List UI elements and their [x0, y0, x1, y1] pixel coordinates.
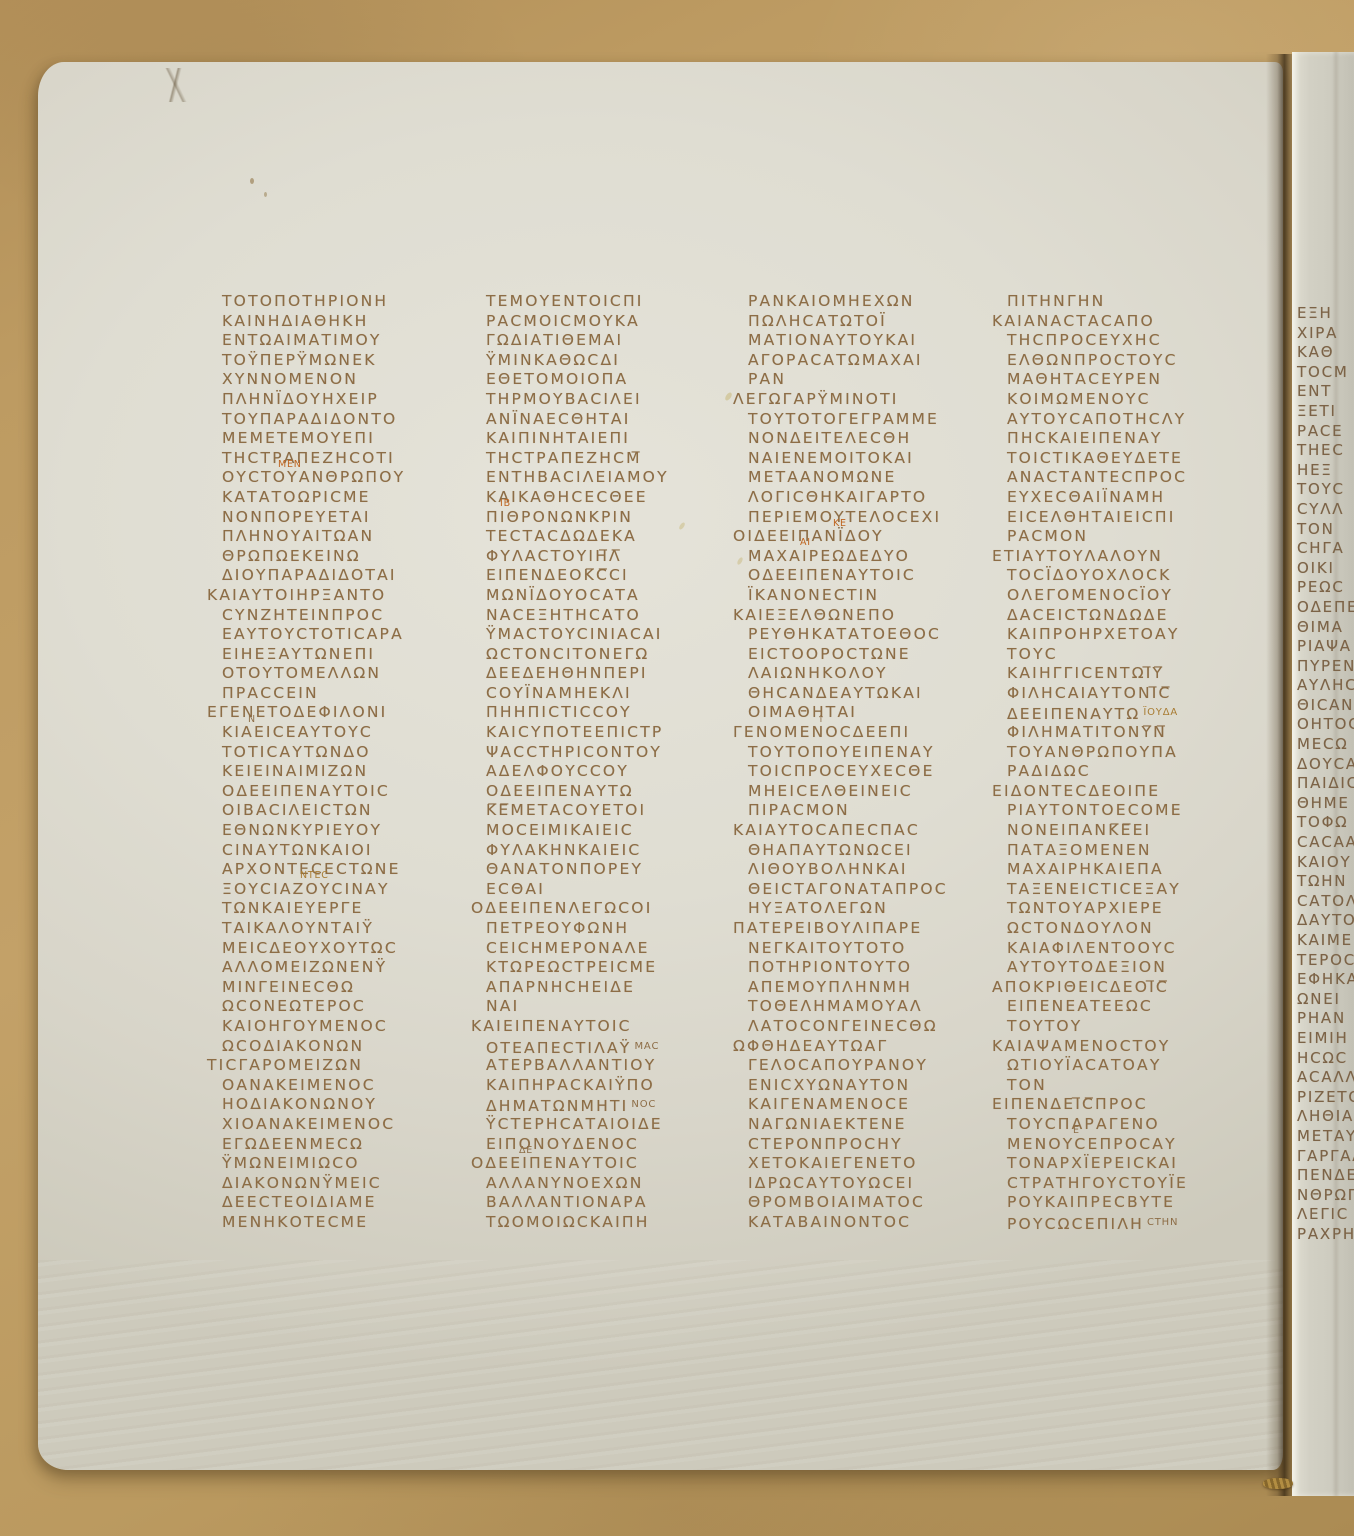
- text-line: ΚΑΙΠΙΝΗΤΑΙΕΠΙ: [486, 429, 738, 449]
- text-line: ΜΟϹΕΙΜΙΚΑΙΕΙϹ: [486, 821, 738, 841]
- interlinear-correction: ΚΕ: [833, 519, 847, 529]
- interlinear-correction: Ε: [1073, 1126, 1080, 1136]
- text-line: ϹΑϹΑΑ: [1297, 833, 1354, 853]
- text-line: ΔΙΟΥΠΑΡΑΔΙΔΟΤΑΙ: [222, 566, 474, 586]
- binding-gutter-shadow: [1266, 54, 1294, 1496]
- ink-speck: [250, 178, 254, 184]
- text-line: ΡΟΥΚΑΙΠΡΕϹΒΥΤΕ: [1007, 1193, 1259, 1213]
- text-line: ΤΟΥϹΠΑΡΑΓΕΝΟ: [1007, 1115, 1259, 1135]
- text-line: ΔΗΜΑΤΩΝΜΗΤΙΝΟϹ: [486, 1095, 738, 1115]
- interlinear-correction: ΝΤΕϹ: [300, 871, 329, 881]
- text-line: ΜΩΝΪΔΟΥΟϹΑΤΑ: [486, 586, 738, 606]
- text-line: ΑΥΤΟΥϹΑΠΟΤΗϹΛΥ: [1007, 410, 1259, 430]
- text-line: ΜΕΤΑΥΤ: [1297, 1127, 1354, 1147]
- text-line: ΤΑΞΕΝΕΙϹΤΙϹΕΞΑΥ: [1007, 880, 1259, 900]
- text-line: ΡΙΖΕΤΟΛ: [1297, 1088, 1354, 1108]
- text-line: ΤΟΝ: [1297, 520, 1354, 540]
- text-line: ΝΘΡΩΠ: [1297, 1186, 1354, 1206]
- text-column-2: ΤΕΜΟΥΕΝΤΟΙϹΠΙΡΑϹΜΟΙϹΜΟΥΚΑΓΩΔΙΑΤΙΘΕΜΑΙΫΜΙ…: [486, 292, 738, 1233]
- text-line: ΤΙϹΓΑΡΟΜΕΙΖΩΝ: [207, 1056, 474, 1076]
- text-line: ΚΑΘ: [1297, 343, 1354, 363]
- text-line: ΩϹΟΝΕΩΤΕΡΟϹ: [222, 997, 474, 1017]
- text-line: ΠΛΗΝΪΔΟΥΗΧΕΙΡ: [222, 390, 474, 410]
- text-line: ΠΥΡΕΝ: [1297, 657, 1354, 677]
- text-line: ΘΡΟΜΒΟΙΑΙΜΑΤΟϹ: [748, 1193, 1000, 1213]
- text-line: ΠΑΤΑΞΟΜΕΝΕΝ: [1007, 841, 1259, 861]
- text-line: ΜΕΜΕΤΕΜΟΥΕΠΙ: [222, 429, 474, 449]
- text-line: ΞΟΥϹΙΑΖΟΥϹΙΝΑΥΝΤΕϹ: [222, 880, 474, 900]
- text-line: ΗΟΔΙΑΚΟΝΩΝΟΥ: [222, 1095, 474, 1115]
- text-line: ΝΟΝΔΕΙΤΕΛΕϹΘΗ: [748, 429, 1000, 449]
- text-line: ΒΑΛΛΑΝΤΙΟΝΑΡΑ: [486, 1193, 738, 1213]
- text-line: ΡΕΩϹ: [1297, 578, 1354, 598]
- text-line: ΕΘΝΩΝΚΥΡΙΕΥΟΥ: [222, 821, 474, 841]
- text-line: ΧΥΝΝΟΜΕΝΟΝ: [222, 370, 474, 390]
- text-line: ΜΙΝΓΕΙΝΕϹΘΩ: [222, 978, 474, 998]
- text-line: ΕΙΜΙΗ: [1297, 1029, 1354, 1049]
- text-line: ΓΩΔΙΑΤΙΘΕΜΑΙ: [486, 331, 738, 351]
- text-line: ΜΕϹΩ: [1297, 735, 1354, 755]
- text-line: ΝΑΙ: [486, 997, 738, 1017]
- text-line: ΡΗΑΝ: [1297, 1009, 1354, 1029]
- text-line: ΧΕΤΟΚΑΙΕΓΕΝΕΤΟ: [748, 1154, 1000, 1174]
- text-line: ϹΕΙϹΗΜΕΡΟΝΑΛΕ: [486, 939, 738, 959]
- text-line: ΓΕΝΟΜΕΝΟϹΔΕΕΠΙ↑: [733, 723, 1000, 743]
- text-line: ΚΑΙΜΕ: [1297, 931, 1354, 951]
- text-line: ΤΗϹΠΡΟϹΕΥΧΗϹ: [1007, 331, 1259, 351]
- text-line: ΩΦΘΗΔΕΑΥΤΩΑΓ: [733, 1037, 1000, 1057]
- text-line: ΚΟΙΜΩΜΕΝΟΥϹ: [1007, 390, 1259, 410]
- text-line: ΚΑΙΕΙΠΕΝΑΥΤΟΙϹ: [471, 1017, 738, 1037]
- text-line: ΘΑΝΑΤΟΝΠΟΡΕΥ: [486, 860, 738, 880]
- text-line: ΧΙΟΑΝΑΚΕΙΜΕΝΟϹ: [222, 1115, 474, 1135]
- text-line: ΑΛΛΟΜΕΙΖΩΝΕΝΫ: [222, 958, 474, 978]
- text-line: ΤΗΡΜΟΥΒΑϹΙΛΕΙ: [486, 390, 738, 410]
- text-line: ΑΔΕΛΦΟΥϹϹΟΥ: [486, 762, 738, 782]
- text-line: ΠΕΡΙΕΜΟΥΤΕΛΟϹΕΧΙ: [748, 508, 1000, 528]
- text-line: ΕΙϹΕΛΘΗΤΑΙΕΙϹΠΙ: [1007, 508, 1259, 528]
- text-line: ΔΕΕΔΕΗΘΗΝΠΕΡΙ: [486, 664, 738, 684]
- text-line: ΤΟΥΑΝΘΡΩΠΟΥΠΑ: [1007, 743, 1259, 763]
- text-line: ϹΤΡΑΤΗΓΟΥϹΤΟΥΪΕ: [1007, 1174, 1259, 1194]
- text-line: ΠΗϹΚΑΙΕΙΠΕΝΑΥ: [1007, 429, 1259, 449]
- text-line: ΟΔΕΕΙΠΕΝΑΥΤΩ: [486, 782, 738, 802]
- text-line: ΤΟΝ: [1007, 1076, 1259, 1096]
- text-line: ΚΑΙΑΥΤΟϹΑΠΕϹΠΑϹ: [733, 821, 1000, 841]
- text-column-next-folio: ΕΞΗΧΙΡΑΚΑΘΤΟϹΜΕΝΤΞΕΤΙΡΑϹΕΤΗΕϹΗΕΞΤΟΥϹϹΥΛΛ…: [1297, 304, 1354, 1245]
- text-line: ΟΔΕΕΙΠΕΝΑΥΤΟΙϹΔΕ: [471, 1154, 738, 1174]
- text-line: ΜΕΙϹΔΕΟΥΧΟΥΤΩϹ: [222, 939, 474, 959]
- manuscript-next-folio-edge: ΕΞΗΧΙΡΑΚΑΘΤΟϹΜΕΝΤΞΕΤΙΡΑϹΕΤΗΕϹΗΕΞΤΟΥϹϹΥΛΛ…: [1292, 52, 1354, 1496]
- text-line: ΑΥΛΗϹ: [1297, 676, 1354, 696]
- text-line: ΕΙΠΕΝΔΕΙ̅Ϲ̅ΠΡΟϹ: [992, 1095, 1259, 1115]
- interlinear-correction: ΪΟΥΔΑ: [1143, 707, 1178, 718]
- text-line: ΘΙϹΑΝ: [1297, 696, 1354, 716]
- interlinear-correction: ↑: [817, 715, 826, 725]
- text-line: ΑΥΤΟΥΤΟΔΕΞΙΟΝ: [1007, 958, 1259, 978]
- text-line: ΪΚΑΝΟΝΕϹΤΙΝ: [748, 586, 1000, 606]
- text-line: ΠΑΙΔΙϹ: [1297, 774, 1354, 794]
- text-line: ΟΤΕΑΠΕϹΤΙΛΑΫΜΑϹ: [486, 1037, 738, 1057]
- text-line: ΑΓΟΡΑϹΑΤΩΜΑΧΑΙ: [748, 351, 1000, 371]
- text-line: ΠΛΗΝΟΥΑΙΤΩΑΝ: [222, 527, 474, 547]
- text-line: ΚΑΤΑΤΟΩΡΙϹΜΕ: [222, 488, 474, 508]
- text-line: ΜΑΘΗΤΑϹΕΥΡΕΝ: [1007, 370, 1259, 390]
- text-line: ΕΑΥΤΟΥϹΤΟΤΙϹΑΡΑ: [222, 625, 474, 645]
- text-line: ΕΝΙϹΧΥΩΝΑΥΤΟΝ: [748, 1076, 1000, 1096]
- text-line: ΤΟΙϹΠΡΟϹΕΥΧΕϹΘΕ: [748, 762, 1000, 782]
- text-line: ΓΕΛΟϹΑΠΟΥΡΑΝΟΥ: [748, 1056, 1000, 1076]
- text-line: ΚΑΙϹΥΠΟΤΕΕΠΙϹΤΡ: [486, 723, 738, 743]
- text-column-1: ΤΟΤΟΠΟΤΗΡΙΟΝΗΚΑΙΝΗΔΙΑΘΗΚΗΕΝΤΩΑΙΜΑΤΙΜΟΥΤΟ…: [222, 292, 474, 1233]
- text-line: ΤΟΦΩ: [1297, 813, 1354, 833]
- text-line: ΟΗΤΟϹ: [1297, 715, 1354, 735]
- text-line: ΠΙΤΗΝΓΗΝ: [1007, 292, 1259, 312]
- text-line: ΤΩΟΜΟΙΩϹΚΑΙΠΗ: [486, 1213, 738, 1233]
- text-line: ΔΟΥϹΑ: [1297, 755, 1354, 775]
- text-line: ΦΙΛΗϹΑΙΑΥΤΟΝΙ̅Ϲ̅: [1007, 684, 1259, 704]
- text-line: ΑΠΟΚΡΙΘΕΙϹΔΕΟΙ̅Ϲ̅: [992, 978, 1259, 998]
- text-line: ΛΕΓΙϹ: [1297, 1205, 1354, 1225]
- text-line: ΤΩΝΤΟΥΑΡΧΙΕΡΕ: [1007, 899, 1259, 919]
- text-line: ΟΙΒΑϹΙΛΕΙϹΤΩΝ: [222, 801, 474, 821]
- text-line: ΛΑΙΩΝΗΚΟΛΟΥ: [748, 664, 1000, 684]
- text-line: ΟΛΕΓΟΜΕΝΟϹΪΟΥ: [1007, 586, 1259, 606]
- text-line: ΤΕϹΤΑϹΔΩΔΕΚΑ: [486, 527, 738, 547]
- text-line: ΑΤΕΡΒΑΛΛΑΝΤΙΟΥ: [486, 1056, 738, 1076]
- text-line: ΑΝΑϹΤΑΝΤΕϹΠΡΟϹ: [1007, 468, 1259, 488]
- interlinear-correction: ΑΙ: [800, 538, 811, 548]
- text-line: ΤΟΘΕΛΗΜΑΜΟΥΑΛ: [748, 997, 1000, 1017]
- text-line: ΚΙΑΕΙϹΕΑΥΤΟΥϹΝ: [222, 723, 474, 743]
- text-line: ΤΩΗΝ: [1297, 872, 1354, 892]
- text-line: ΤΟΫΠΕΡΫΜΩΝΕΚ: [222, 351, 474, 371]
- text-line: ΕΙΗΕΞΑΥΤΩΝΕΠΙ: [222, 645, 474, 665]
- text-line: ΜΕΤΑΑΝΟΜΩΝΕ: [748, 468, 1000, 488]
- text-line: ΚΑΙΗΓΓΙϹΕΝΤΩΙ̅Υ̅: [1007, 664, 1259, 684]
- text-line: ΛΑΤΟϹΟΝΓΕΙΝΕϹΘΩ: [748, 1017, 1000, 1037]
- text-line: ϹΥΝΖΗΤΕΙΝΠΡΟϹ: [222, 606, 474, 626]
- text-line: ΟΤΟΥΤΟΜΕΛΛΩΝ: [222, 664, 474, 684]
- text-line: ΠΕΝΔΕΟ: [1297, 1166, 1354, 1186]
- text-line: ΤΗΕϹ: [1297, 441, 1354, 461]
- text-line: ΤΟΙϹΤΙΚΑΘΕΥΔΕΤΕ: [1007, 449, 1259, 469]
- text-line: ΟΔΕΕΙΠΕΝΛΕΓΩϹΟΙ: [471, 899, 738, 919]
- text-line: ΚΑΙΚΑΘΗϹΕϹΘΕΕ: [486, 488, 738, 508]
- text-line: ΡΙΑΨΑ: [1297, 637, 1354, 657]
- text-line: ΜΑΧΑΙΡΗΚΑΙΕΠΑ: [1007, 860, 1259, 880]
- text-line: ΡΑϹΜΟΙϹΜΟΥΚΑ: [486, 312, 738, 332]
- text-line: ΟΥϹΤΟΥΑΝΘΡΩΠΟΥΜΕΝ: [222, 468, 474, 488]
- text-line: ΤΟΥΤΟΠΟΥΕΙΠΕΝΑΥ: [748, 743, 1000, 763]
- text-line: ΕΝΤΗΒΑϹΙΛΕΙΑΜΟΥ: [486, 468, 738, 488]
- text-line: ΑΠΕΜΟΥΠΛΗΝΜΗ: [748, 978, 1000, 998]
- text-line: ΟΔΕΕΙΠΕΝΑΥΤΟΙϹ: [748, 566, 1000, 586]
- text-line: ΘΗΑΠΑΥΤΩΝΩϹΕΙ: [748, 841, 1000, 861]
- text-line: ΗΥΞΑΤΟΛΕΓΩΝ: [748, 899, 1000, 919]
- text-line: ΩϹΤΟΝϹΙΤΟΝΕΓΩ: [486, 645, 738, 665]
- binding-stitching: [1263, 1478, 1293, 1489]
- text-line: ΕΛΘΩΝΠΡΟϹΤΟΥϹ: [1007, 351, 1259, 371]
- text-line: ΚΑΙΑΨΑΜΕΝΟϹΤΟΥ: [992, 1037, 1259, 1057]
- text-line: ΠΑΤΕΡΕΙΒΟΥΛΙΠΑΡΕ: [733, 919, 1000, 939]
- text-line: ϹΙΝΑΥΤΩΝΚΑΙΟΙ: [222, 841, 474, 861]
- text-line: ΫΜΙΝΚΑΘΩϹΔΙ: [486, 351, 738, 371]
- text-line: ΙΔΡΩϹΑΥΤΟΥΩϹΕΙ: [748, 1174, 1000, 1194]
- text-line: ΡΑΔΙΔΩϹ: [1007, 762, 1259, 782]
- text-line: ΔΕΕϹΤΕΟΙΔΙΑΜΕ: [222, 1193, 474, 1213]
- interlinear-correction: ΜΑϹ: [634, 1041, 659, 1052]
- text-line: ΤΩΝΚΑΙΕΥΕΡΓΕ: [222, 899, 474, 919]
- text-line: ΟΙΜΑΘΗΤΑΙ: [748, 703, 1000, 723]
- text-line: ΘΕΙϹΤΑΓΟΝΑΤΑΠΡΟϹ: [748, 880, 1000, 900]
- text-line: ΤΟΥϹ: [1297, 480, 1354, 500]
- text-line: ΑϹΑΛΛΟ: [1297, 1068, 1354, 1088]
- interlinear-correction: ϹΤΗΝ: [1147, 1217, 1178, 1228]
- text-line: ΕΤΙΑΥΤΟΥΛΑΛΟΥΝ: [992, 547, 1259, 567]
- text-line: ΚΑΙΑΥΤΟΙΗΡΞΑΝΤΟ: [207, 586, 474, 606]
- text-line: ΜΑΧΑΙΡΕΩΔΕΔΥΟΑΙ: [748, 547, 1000, 567]
- text-line: ΞΕΤΙ: [1297, 402, 1354, 422]
- text-line: ΤΕΡΟϹΙ: [1297, 951, 1354, 971]
- text-line: ΕΙΠΕΝΔΕΟΚ̅Ϲ̅ϹΙ: [486, 566, 738, 586]
- interlinear-correction: ΜΕΝ: [278, 460, 302, 470]
- text-line: ϹΤΕΡΟΝΠΡΟϹΗΥ: [748, 1135, 1000, 1155]
- text-line: ΔΕΕΙΠΕΝΑΥΤΩΪΟΥΔΑ: [1007, 703, 1259, 723]
- text-line: ΘΙΜΑ: [1297, 618, 1354, 638]
- text-line: ΑΠΑΡΝΗϹΗΕΙΔΕ: [486, 978, 738, 998]
- interlinear-correction: Ν: [248, 715, 256, 725]
- text-line: ΩΝΕΙ: [1297, 990, 1354, 1010]
- text-line: ΚΑΙΕΞΕΛΘΩΝΕΠΟ: [733, 606, 1000, 626]
- text-line: ΕΞΗ: [1297, 304, 1354, 324]
- text-line: ΠΕΤΡΕΟΥΦΩΝΗ: [486, 919, 738, 939]
- text-line: ΤΕΜΟΥΕΝΤΟΙϹΠΙ: [486, 292, 738, 312]
- text-line: ΤΟΝΑΡΧΪΕΡΕΙϹΚΑΙ: [1007, 1154, 1259, 1174]
- text-line: ϹΟΥΪΝΑΜΗΕΚΛΙ: [486, 684, 738, 704]
- text-line: ΦΥΛΑΚΗΝΚΑΙΕΙϹ: [486, 841, 738, 861]
- text-line: ϹΑΤΟΛ: [1297, 892, 1354, 912]
- text-line: ΩϹΤΟΝΔΟΥΛΟΝ: [1007, 919, 1259, 939]
- text-line: ΦΥΛΑϹΤΟΥΙΗ̅Λ̅: [486, 547, 738, 567]
- text-line: ΚΑΙΑΝΑϹΤΑϹΑΠΟ: [992, 312, 1259, 332]
- text-line: ΚΑΙΟΥ: [1297, 853, 1354, 873]
- text-line: ΤΟΥΠΑΡΑΔΙΔΟΝΤΟ: [222, 410, 474, 430]
- text-line: ΠΟΤΗΡΙΟΝΤΟΥΤΟ: [748, 958, 1000, 978]
- text-line: ΝΟΝΕΙΠΑΝΚ̅Ε̅ΕΙ: [1007, 821, 1259, 841]
- text-line: ΗΕΞ: [1297, 461, 1354, 481]
- text-line: ΟΑΝΑΚΕΙΜΕΝΟϹ: [222, 1076, 474, 1096]
- text-line: ΕΦΗΚΑ: [1297, 970, 1354, 990]
- text-line: ΟΔΕΕΙΠΕΝΑΥΤΟΙϹ: [222, 782, 474, 802]
- text-line: ΕΝΤ: [1297, 382, 1354, 402]
- text-line: ΑΛΛΑΝΥΝΟΕΧΩΝ: [486, 1174, 738, 1194]
- text-line: ΕΙϹΤΟΟΡΟϹΤΩΝΕ: [748, 645, 1000, 665]
- text-line: ΚΑΙΝΗΔΙΑΘΗΚΗ: [222, 312, 474, 332]
- text-column-4: ΠΙΤΗΝΓΗΝΚΑΙΑΝΑϹΤΑϹΑΠΟΤΗϹΠΡΟϹΕΥΧΗϹΕΛΘΩΝΠΡ…: [1007, 292, 1259, 1233]
- text-line: ΡΑΝΚΑΙΟΜΗΕΧΩΝ: [748, 292, 1000, 312]
- text-column-3: ΡΑΝΚΑΙΟΜΗΕΧΩΝΠΩΛΗϹΑΤΩΤΟΪΜΑΤΙΟΝΑΥΤΟΥΚΑΙΑΓ…: [748, 292, 1000, 1233]
- text-line: ΟΙΚΙ: [1297, 559, 1354, 579]
- text-line: ΑΝΪΝΑΕϹΘΗΤΑΙ: [486, 410, 738, 430]
- text-line: ΚΑΙΟΗΓΟΥΜΕΝΟϹ: [222, 1017, 474, 1037]
- text-line: ΕΘΕΤΟΜΟΙΟΠΑ: [486, 370, 738, 390]
- text-line: ΜΑΤΙΟΝΑΥΤΟΥΚΑΙ: [748, 331, 1000, 351]
- text-line: ΜΗΕΙϹΕΛΘΕΙΝΕΙϹ: [748, 782, 1000, 802]
- text-line: ΩΤΙΟΥΪΑϹΑΤΟΑΥ: [1007, 1056, 1259, 1076]
- text-line: ΘΗΜΕ: [1297, 794, 1354, 814]
- text-line: ΠΗΗΠΙϹΤΙϹϹΟΥ: [486, 703, 738, 723]
- text-line: ΤΟϹΜ: [1297, 363, 1354, 383]
- text-line: ΕΙΔΟΝΤΕϹΔΕΟΙΠΕ: [992, 782, 1259, 802]
- text-line: ΡΑϹΜΟΝ: [1007, 527, 1259, 547]
- text-line: ΤΟΤΟΠΟΤΗΡΙΟΝΗ: [222, 292, 474, 312]
- text-line: ΔΙΑΚΟΝΩΝΫΜΕΙϹ: [222, 1174, 474, 1194]
- interlinear-correction: ΝΟϹ: [631, 1099, 656, 1110]
- parchment-scar: [138, 68, 214, 102]
- text-line: ΓΑΡΓΑΛΙ: [1297, 1147, 1354, 1167]
- text-line: ΤΟϹΪΔΟΥΟΧΛΟϹΚ: [1007, 566, 1259, 586]
- text-line: ΚΤΩΡΕΩϹΤΡΕΙϹΜΕ: [486, 958, 738, 978]
- text-line: ΡΟΥϹΩϹΕΠΙΛΗϹΤΗΝ: [1007, 1213, 1259, 1233]
- text-line: ΝΕΓΚΑΙΤΟΥΤΟΤΟ: [748, 939, 1000, 959]
- text-line: ΤΗϹΤΡΑΠΕΖΗϹΜ̅: [486, 449, 738, 469]
- text-line: ΗϹΩϹ: [1297, 1049, 1354, 1069]
- text-line: ΡΑϹΕ: [1297, 422, 1354, 442]
- text-line: ΦΙΛΗΜΑΤΙΤΟΝΥ̅Ν̅: [1007, 723, 1259, 743]
- text-line: ΤΗϹΤΡΑΠΕΖΗϹΟΤΙ: [222, 449, 474, 469]
- text-line: ΡΕΥΘΗΚΑΤΑΤΟΕΘΟϹ: [748, 625, 1000, 645]
- text-line: ΚΑΙΠΗΡΑϹΚΑΙΫΠΟ: [486, 1076, 738, 1096]
- ink-speck: [264, 192, 267, 197]
- text-line: ΜΕΝΗΚΟΤΕϹΜΕ: [222, 1213, 474, 1233]
- manuscript-photo: { "manuscript": { "colors": { "mat": "#b…: [0, 0, 1354, 1536]
- text-line: ΘΗϹΑΝΔΕΑΥΤΩΚΑΙ: [748, 684, 1000, 704]
- text-line: ΫϹΤΕΡΗϹΑΤΑΙΟΙΔΕ: [486, 1115, 738, 1135]
- text-line: ΤΑΙΚΑΛΟΥΝΤΑΙΫ: [222, 919, 474, 939]
- text-line: ΧΙΡΑ: [1297, 324, 1354, 344]
- interlinear-correction: ΔΕ: [519, 1146, 533, 1156]
- text-line: ΚΕΙΕΙΝΑΙΜΙΖΩΝ: [222, 762, 474, 782]
- text-line: ΤΟΥΤΟΥ: [1007, 1017, 1259, 1037]
- text-line: ΚΑΙΠΡΟΗΡΧΕΤΟΑΥ: [1007, 625, 1259, 645]
- text-line: ΛΕΓΩΓΑΡΫΜΙΝΟΤΙ: [733, 390, 1000, 410]
- text-line: ΝΟΝΠΟΡΕΥΕΤΑΙ: [222, 508, 474, 528]
- text-line: ΨΑϹϹΤΗΡΙϹΟΝΤΟΥ: [486, 743, 738, 763]
- text-line: ΛΗΘΙΑϹ: [1297, 1107, 1354, 1127]
- text-line: Κ̅Ε̅ΜΕΤΑϹΟΥΕΤΟΙ: [486, 801, 738, 821]
- text-line: ΕΝΤΩΑΙΜΑΤΙΜΟΥ: [222, 331, 474, 351]
- text-line: ΝΑϹΕΞΗΤΗϹΑΤΟ: [486, 606, 738, 626]
- text-line: ΫΜΩΝΕΙΜΙΩϹΟ: [222, 1154, 474, 1174]
- text-line: ΚΑΤΑΒΑΙΝΟΝΤΟϹ: [748, 1213, 1000, 1233]
- text-line: ΠΩΛΗϹΑΤΩΤΟΪ: [748, 312, 1000, 332]
- text-line: ΤΟΥϹ: [1007, 645, 1259, 665]
- text-line: ΚΑΙΑΦΙΛΕΝΤΟΟΥϹ: [1007, 939, 1259, 959]
- interlinear-correction: ΙΒ: [500, 499, 511, 509]
- text-line: ΡΑΝ: [748, 370, 1000, 390]
- text-line: ΠΡΑϹϹΕΙΝ: [222, 684, 474, 704]
- text-line: ΘΡΩΠΩΕΚΕΙΝΩ: [222, 547, 474, 567]
- text-line: ΛΙΘΟΥΒΟΛΗΝΚΑΙ: [748, 860, 1000, 880]
- text-line: ΛΟΓΙϹΘΗΚΑΙΓΑΡΤΟ: [748, 488, 1000, 508]
- text-line: ΩϹΟΔΙΑΚΟΝΩΝ: [222, 1037, 474, 1057]
- text-line: ΕΥΧΕϹΘΑΙΪΝΑΜΗ: [1007, 488, 1259, 508]
- text-line: ΔΑϹΕΙϹΤΩΝΔΩΔΕ: [1007, 606, 1259, 626]
- text-line: ΤΟΤΙϹΑΥΤΩΝΔΟ: [222, 743, 474, 763]
- text-line: ΠΙΘΡΟΝΩΝΚΡΙΝΙΒ: [486, 508, 738, 528]
- text-line: ΚΑΙΓΕΝΑΜΕΝΟϹΕ: [748, 1095, 1000, 1115]
- text-line: ΕΓΩΔΕΕΝΜΕϹΩ: [222, 1135, 474, 1155]
- text-line: ΟΔΕΠΕ: [1297, 598, 1354, 618]
- text-line: ΝΑΓΩΝΙΑΕΚΤΕΝΕ: [748, 1115, 1000, 1135]
- text-line: ΡΑΧΡΗΜ: [1297, 1225, 1354, 1245]
- text-line: ΕΙΠΕΝΕΑΤΕΕΩϹ: [1007, 997, 1259, 1017]
- text-line: ΤΟΥΤΟΤΟΓΕΓΡΑΜΜΕ: [748, 410, 1000, 430]
- text-line: ΕϹΘΑΙ: [486, 880, 738, 900]
- text-line: ΫΜΑϹΤΟΥϹΙΝΙΑϹΑΙ: [486, 625, 738, 645]
- text-line: ΠΙΡΑϹΜΟΝ: [748, 801, 1000, 821]
- text-line: ϹΗΓΑ: [1297, 539, 1354, 559]
- text-line: ΔΑΥΤΟ: [1297, 911, 1354, 931]
- text-line: ΟΙΔΕΕΙΠΑΝΪΔΟΥΚΕ: [733, 527, 1000, 547]
- text-line: ΡΙΑΥΤΟΝΤΟΕϹΟΜΕ: [1007, 801, 1259, 821]
- manuscript-left-page: ΤΟΤΟΠΟΤΗΡΙΟΝΗΚΑΙΝΗΔΙΑΘΗΚΗΕΝΤΩΑΙΜΑΤΙΜΟΥΤΟ…: [38, 62, 1283, 1470]
- text-line: ΝΑΙΕΝΕΜΟΙΤΟΚΑΙ: [748, 449, 1000, 469]
- text-line: ϹΥΛΛ: [1297, 500, 1354, 520]
- text-line: ΜΕΝΟΥϹΕΠΡΟϹΑΥΕ: [1007, 1135, 1259, 1155]
- text-line: ΑΡΧΟΝΤΕϹΕϹΤΩΝΕ: [222, 860, 474, 880]
